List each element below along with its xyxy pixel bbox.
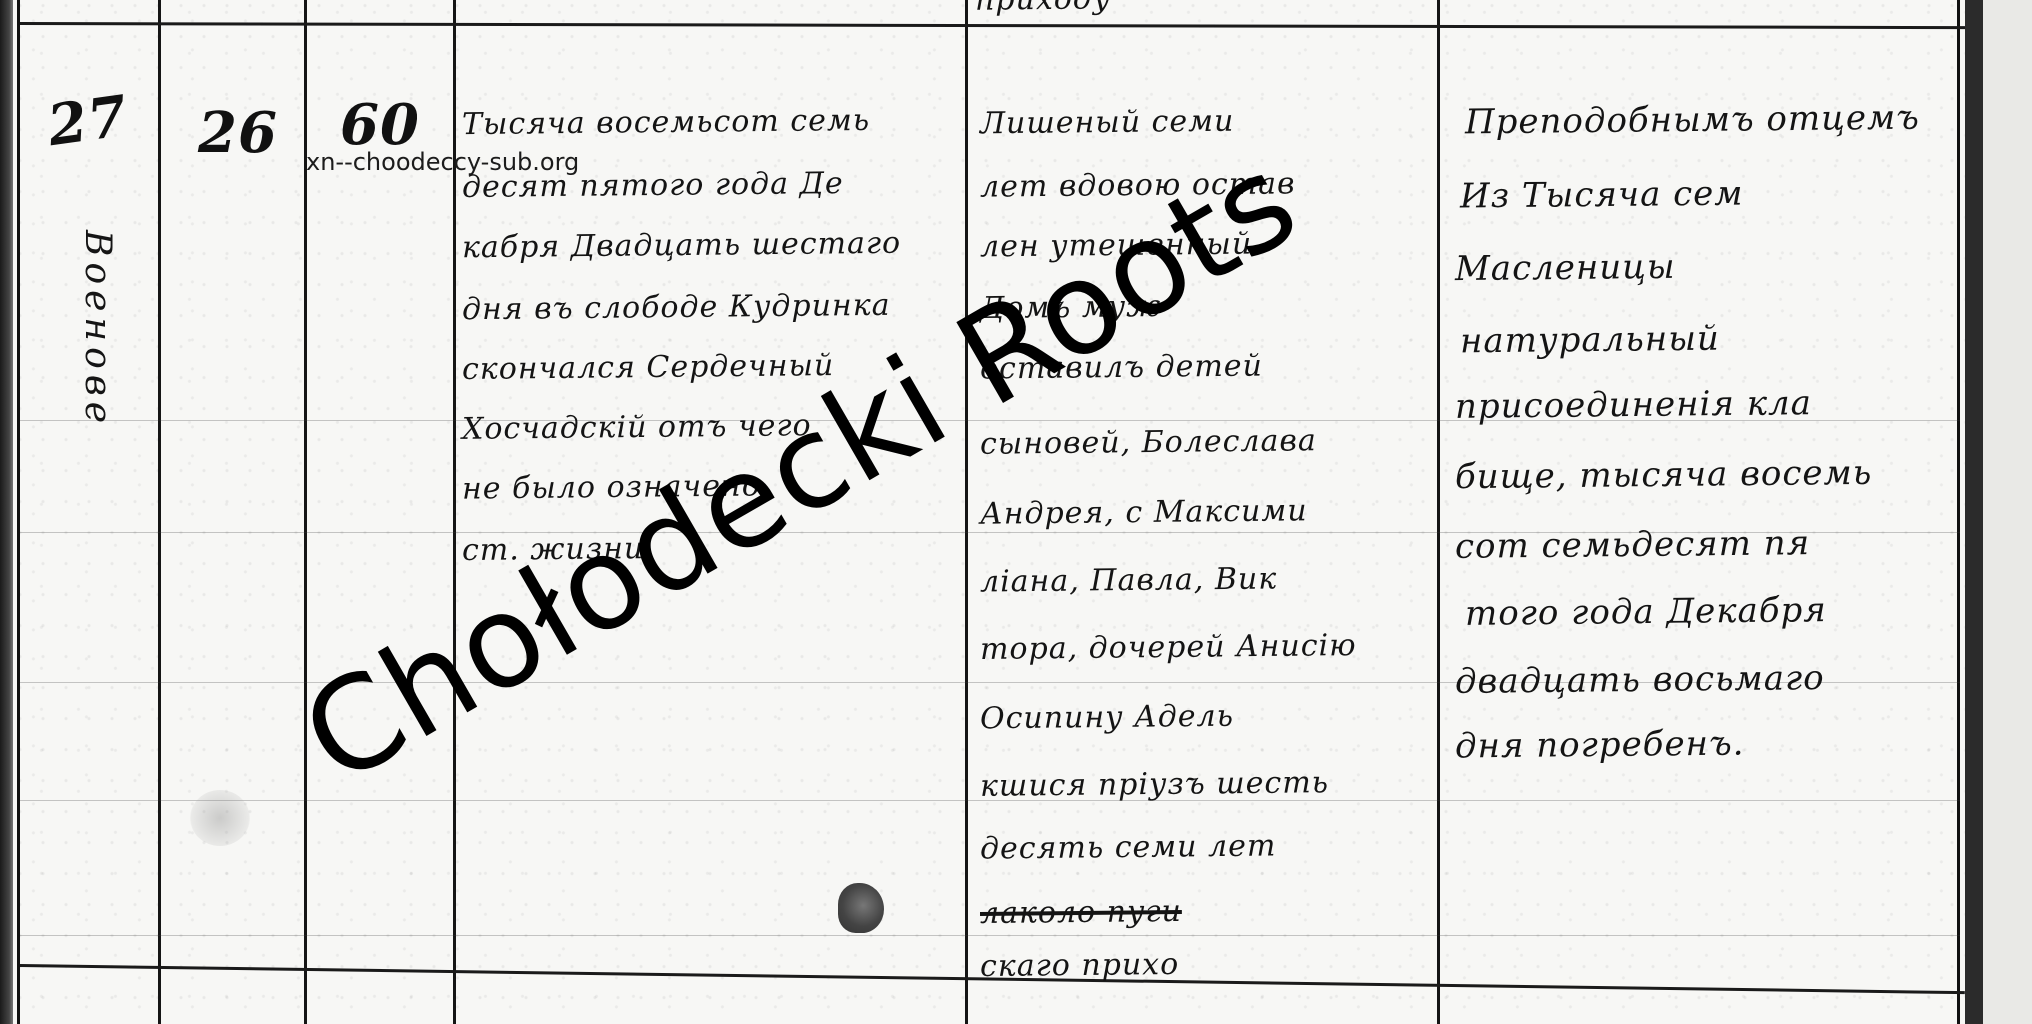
right-page-margin xyxy=(1983,0,2032,1024)
text-line: бище, тысяча восемь xyxy=(1455,453,1873,497)
column-rule-4 xyxy=(965,0,968,1024)
previous-entry-fragment: приходу xyxy=(975,0,1112,18)
column-rule-1 xyxy=(158,0,161,1024)
left-binding-edge xyxy=(0,0,13,1024)
text-line: Из Тысяча сем xyxy=(1460,174,1744,217)
register-page-scan: приходу Военове 27 26 60 Тысяча восемьсо… xyxy=(0,0,2032,1024)
paper-stain xyxy=(190,790,250,846)
text-line: ліана, Павла, Вик xyxy=(980,561,1278,599)
text-line: кшися пріузъ шесть xyxy=(980,765,1329,804)
text-line: Осипину Адель xyxy=(980,699,1234,737)
text-line: Андрея, с Максими xyxy=(980,493,1308,531)
url-watermark: xn--choodeccy-sub.org xyxy=(306,148,579,176)
column-rule-5 xyxy=(1437,0,1440,1024)
text-line: десять семи лет xyxy=(980,828,1277,866)
text-line: Масленицы xyxy=(1455,247,1676,289)
text-line: дня въ слободе Кудринка xyxy=(462,288,891,327)
text-line: скаго прихо xyxy=(980,947,1180,984)
guide-line xyxy=(20,935,1960,936)
text-line: присоединенія кла xyxy=(1455,383,1812,427)
text-line: кабря Двадцать шестаго xyxy=(462,226,901,266)
text-line: натуральный xyxy=(1460,319,1720,362)
top-row-rule xyxy=(20,22,1965,29)
text-line: сот семьдесят пя xyxy=(1455,523,1811,567)
text-line: двадцать восьмаго xyxy=(1455,658,1825,702)
text-line: скончался Сердечный xyxy=(462,348,835,387)
text-line: Преподобнымъ отцемъ xyxy=(1465,98,1920,143)
text-line: Тысяча восемьсот семь xyxy=(462,103,870,142)
right-binding-edge xyxy=(1965,0,1983,1024)
text-line: дня погребенъ. xyxy=(1455,723,1745,766)
struck-text-line: лаколо пуги xyxy=(980,894,1182,931)
text-line: Лишеный семи xyxy=(980,104,1235,142)
text-line: сыновей, Болеслава xyxy=(980,423,1317,462)
ink-blot xyxy=(838,883,884,933)
right-border-line xyxy=(1957,0,1960,1024)
left-border-line xyxy=(17,0,20,1024)
entry-number-27: 27 xyxy=(44,83,132,159)
entry-number-26: 26 xyxy=(198,100,278,166)
text-line: того года Декабря xyxy=(1465,590,1827,634)
vertical-margin-note: Военове xyxy=(77,230,118,429)
text-line: тора, дочерей Анисію xyxy=(980,628,1357,667)
